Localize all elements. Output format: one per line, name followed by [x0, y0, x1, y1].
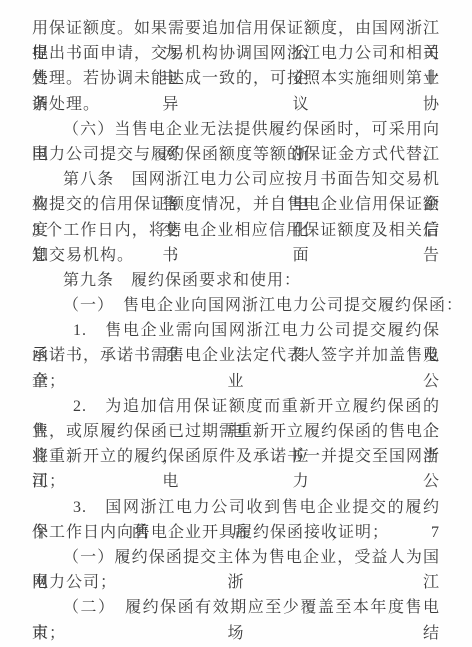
text-line: 承诺书，承诺书需售电企业法定代表人签字并加盖售电企业公 — [32, 343, 440, 368]
text-line: （二） 履约保函有效期应至少覆盖至本年度售电市场结 — [32, 595, 440, 620]
text-line: 第九条 履约保函要求和使用： — [32, 268, 440, 293]
text-line: 1. 售电企业需向国网浙江电力公司提交履约保函原件及 — [32, 318, 440, 343]
text-line: 第八条 国网浙江电力公司应按月书面告知交易机构售电企 — [32, 167, 440, 192]
text-line: 个工作日内向售电企业开具履约保函接收证明； — [32, 520, 440, 545]
text-line: 处理。若协调未能达成一致的，可按照本实施细则第十条异议协 — [32, 66, 440, 91]
text-line: 2. 为追加信用保证额度而重新开立履约保函的售电企 — [32, 394, 440, 419]
text-line: 将重新开立的履约保函原件及承诺书一并提交至国网浙江电力公 — [32, 444, 440, 469]
text-line: 电力公司提交与履约保函额度等额的保证金方式代替。 — [32, 142, 440, 167]
text-line: 3. 国网浙江电力公司收到售电企业提交的履约保函后，7 — [32, 495, 440, 520]
text-line: （六）当售电企业无法提供履约保函时，可采用向国网浙江 — [32, 117, 440, 142]
text-line: 提出书面申请，交易机构协调国网浙江电力公司和相关售电企业 — [32, 41, 440, 66]
text-line: （一）履约保函提交主体为售电企业，受益人为国网浙江 — [32, 545, 440, 570]
text-line: 3 个工作日内，将售电企业相应信用保证额度及相关信息书面告 — [32, 218, 440, 243]
text-line: 用保证额度。如果需要追加信用保证额度，由国网浙江电力公司 — [32, 16, 440, 41]
document-body: 用保证额度。如果需要追加信用保证额度，由国网浙江电力公司提出书面申请，交易机构协… — [32, 16, 440, 646]
document-page: 用保证额度。如果需要追加信用保证额度，由国网浙江电力公司提出书面申请，交易机构协… — [0, 0, 472, 647]
text-line: 业提交的信用保证额度情况，并自售电企业信用保证额度变化后 — [32, 192, 440, 217]
text-line: （一） 售电企业向国网浙江电力公司提交履约保函： — [32, 293, 440, 318]
text-line: 业，或原履约保函已过期需重新开立履约保函的售电企业，应当 — [32, 419, 440, 444]
